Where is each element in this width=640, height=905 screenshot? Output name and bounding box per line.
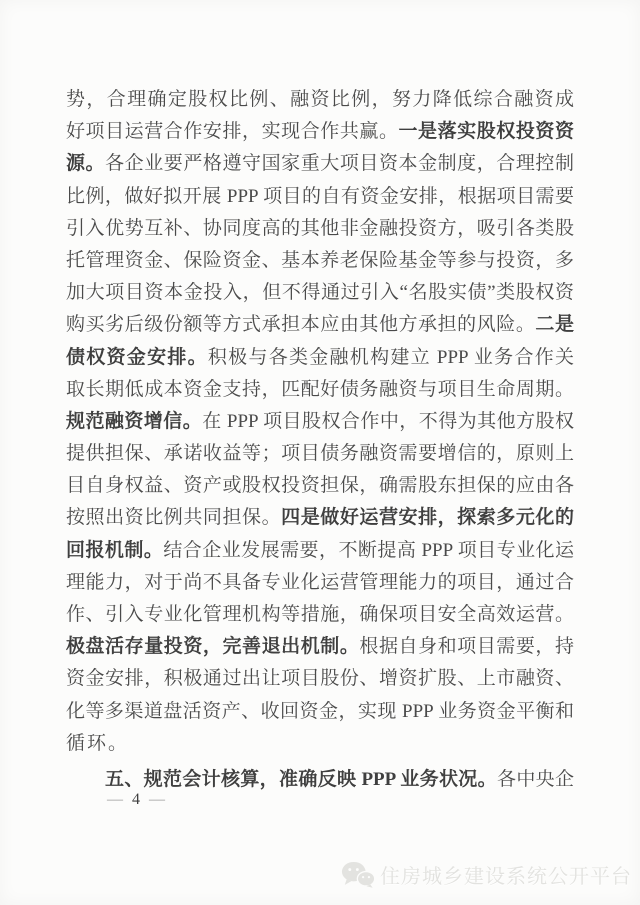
text-line: 债权资金安排。积极与各类金融机构建立 PPP 业务合作关系，争 bbox=[66, 342, 574, 374]
text-line: 目自身权益、资产或股权投资担保，确需股东担保的应由各方股东 bbox=[66, 470, 574, 502]
text-segment: 各企业要严格遵守国家重大项目资本金制度，合理控制杠杆 bbox=[66, 153, 574, 180]
watermark: 住房城乡建设系统公开平台 bbox=[341, 860, 632, 889]
text-segment: 引入优势互补、协同度高的其他非金融投资方，吸引各类股权类受 bbox=[66, 218, 574, 245]
text-line: 提供担保、承诺收益等；项目债务融资需要增信的，原则上应由项 bbox=[66, 438, 574, 470]
text-line: 势，合理确定股权比例、融资比例，努力降低综合融资成本，切实做 bbox=[66, 84, 574, 116]
text-line: 托管理资金、保险资金、基本养老保险基金等参与投资，多措并举 bbox=[66, 245, 574, 277]
text-segment-bold: 债权资金安排。 bbox=[66, 347, 208, 368]
text-segment: 比例，做好拟开展 PPP 项目的自有资金安排，根据项目需要积极 bbox=[66, 186, 574, 213]
text-segment: 目自身权益、资产或股权投资担保，确需股东担保的应由各方股东 bbox=[66, 475, 574, 502]
text-line: 比例，做好拟开展 PPP 项目的自有资金安排，根据项目需要积极 bbox=[66, 181, 574, 213]
text-line: 循环。 bbox=[66, 728, 574, 760]
text-line: 化等多渠道盘活资产、收回资金，实现 PPP 业务资金平衡和良性 bbox=[66, 696, 574, 728]
page-number-right-dash: — bbox=[142, 791, 174, 808]
text-line: 极盘活存量投资，完善退出机制。根据自身和项目需要，持续优化 bbox=[66, 631, 574, 663]
wechat-icon bbox=[341, 860, 375, 889]
text-segment-bold: 五、规范会计核算，准确反映 PPP 业务状况。 bbox=[66, 769, 497, 790]
text-line: 规范融资增信。在 PPP 项目股权合作中，不得为其他方股权出资 bbox=[66, 406, 574, 438]
page-number-value: 4 bbox=[132, 791, 142, 808]
text-segment: 资金安排，积极通过出让项目股份、增资扩股、上市融资、资产证券 bbox=[66, 668, 574, 695]
text-line: 按照出资比例共同担保。四是做好运营安排，探索多元化的项目 bbox=[66, 502, 574, 534]
text-line: 理能力，对于尚不具备专业化运营管理能力的项目，通过合资合 bbox=[66, 567, 574, 599]
text-segment: 购买劣后级份额等方式承担本应由其他方承担的风险。 bbox=[66, 314, 535, 335]
text-segment: 作、引入专业化管理机构等措施，确保项目安全高效运营。 bbox=[66, 604, 574, 625]
text-line: 好项目运营合作安排，实现合作共赢。一是落实股权投资资金来 bbox=[66, 116, 574, 148]
text-segment: 理能力，对于尚不具备专业化运营管理能力的项目，通过合资合 bbox=[66, 572, 574, 599]
text-line: 源。各企业要严格遵守国家重大项目资本金制度，合理控制杠杆 bbox=[66, 148, 574, 180]
text-segment: 化等多渠道盘活资产、收回资金，实现 PPP 业务资金平衡和良性 bbox=[66, 701, 574, 728]
page-number: —4— bbox=[100, 791, 174, 809]
text-line: 资金安排，积极通过出让项目股份、增资扩股、上市融资、资产证券 bbox=[66, 663, 574, 695]
watermark-text: 住房城乡建设系统公开平台 bbox=[380, 860, 632, 889]
text-segment: 好项目运营合作安排，实现合作共赢。 bbox=[66, 121, 399, 142]
text-segment: 加大项目资本金投入，但不得通过引入“名股实债”类股权资金或 bbox=[66, 282, 574, 309]
document-page: 势，合理确定股权比例、融资比例，努力降低综合融资成本，切实做好项目运营合作安排，… bbox=[0, 0, 640, 905]
text-segment: 提供担保、承诺收益等；项目债务融资需要增信的，原则上应由项 bbox=[66, 443, 574, 470]
text-line: 取长期低成本资金支持，匹配好债务融资与项目生命周期。三是 bbox=[66, 374, 574, 406]
text-segment: 按照出资比例共同担保。 bbox=[66, 507, 281, 528]
text-line: 作、引入专业化管理机构等措施，确保项目安全高效运营。五是积 bbox=[66, 599, 574, 631]
text-line: 购买劣后级份额等方式承担本应由其他方承担的风险。二是优化 bbox=[66, 309, 574, 341]
text-segment: 势，合理确定股权比例、融资比例，努力降低综合融资成本，切实做 bbox=[66, 89, 574, 116]
text-segment-bold: 规范融资增信。 bbox=[66, 411, 202, 432]
text-line: 回报机制。结合企业发展需要，不断提高 PPP 项目专业化运营管 bbox=[66, 535, 574, 567]
text-segment: 取长期低成本资金支持，匹配好债务融资与项目生命周期。 bbox=[66, 379, 574, 400]
page-number-left-dash: — bbox=[100, 791, 132, 808]
text-line: 引入优势互补、协同度高的其他非金融投资方，吸引各类股权类受 bbox=[66, 213, 574, 245]
text-segment: 托管理资金、保险资金、基本养老保险基金等参与投资，多措并举 bbox=[66, 250, 574, 277]
text-segment-bold: 源。 bbox=[66, 153, 105, 174]
text-segment: 循环。 bbox=[66, 733, 129, 754]
document-body: 势，合理确定股权比例、融资比例，努力降低综合融资成本，切实做好项目运营合作安排，… bbox=[66, 84, 574, 796]
text-line: 加大项目资本金投入，但不得通过引入“名股实债”类股权资金或 bbox=[66, 277, 574, 309]
text-segment-bold: 极盘活存量投资，完善退出机制。 bbox=[66, 636, 359, 657]
text-segment-bold: 回报机制。 bbox=[66, 540, 163, 561]
